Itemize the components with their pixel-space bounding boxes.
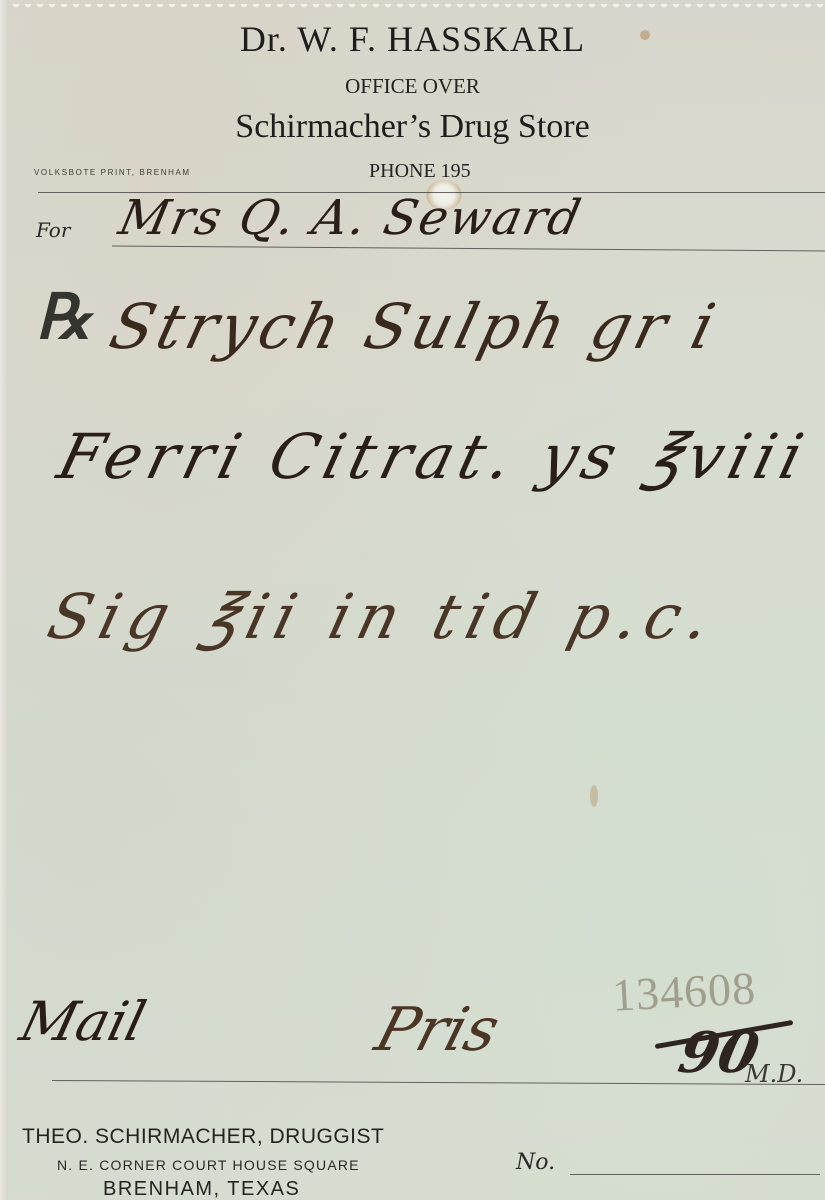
for-label: For	[36, 218, 70, 242]
drug-store-name: Schirmacher’s Drug Store	[0, 108, 825, 146]
paper-edge	[0, 0, 8, 1200]
office-over-label: OFFICE OVER	[0, 74, 825, 99]
patient-underline	[112, 246, 825, 252]
druggist-address: N. E. CORNER COURT HOUSE SQUARE	[57, 1157, 360, 1173]
prescription-slip: Dr. W. F. HASSKARL OFFICE OVER Schirmach…	[0, 0, 825, 1200]
prescription-line: Sig ℥ii in tid p.c.	[41, 580, 726, 653]
druggist-name: THEO. SCHIRMACHER, DRUGGIST	[22, 1125, 384, 1149]
number-label: No.	[516, 1150, 555, 1175]
stamp-number: 134608	[611, 961, 758, 1021]
druggist-city: BRENHAM, TEXAS	[103, 1178, 300, 1200]
paper-stain	[590, 785, 598, 807]
perforated-top-edge	[10, 4, 825, 14]
prescription-line: Ferri Citrat. ys ℥viii	[51, 420, 816, 493]
rx-icon: ℞	[36, 280, 92, 353]
delivery-note: Mail	[14, 990, 152, 1053]
phone-number: PHONE 195	[369, 160, 471, 183]
patient-name: Mrs Q. A. Seward	[114, 190, 587, 246]
doctor-signature: Pris	[368, 995, 507, 1065]
printer-credit: VOLKSBOTE PRINT, BRENHAM	[34, 168, 191, 177]
number-line	[570, 1174, 820, 1175]
prescription-line: Strych Sulph gr i	[103, 290, 726, 363]
doctor-name: Dr. W. F. HASSKARL	[0, 18, 825, 60]
